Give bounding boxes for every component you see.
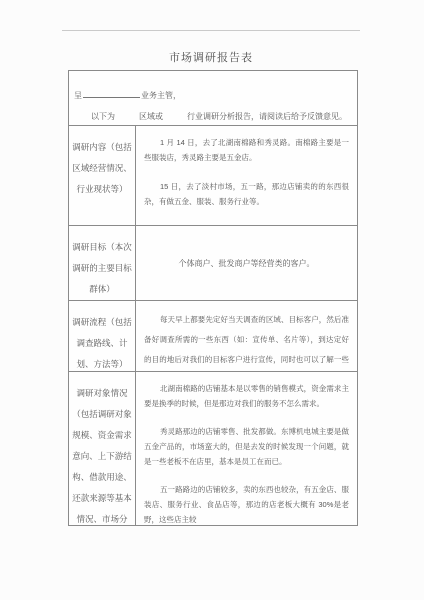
table-row-research-process: 调研流程（包括调查路线、计划、方法等） 每天早上都要先定好当天调查的区域、目标客… [69,301,357,372]
paragraph: 1 月 14 日，去了北湖南棉路和秀灵路。南棉路主要是一些服装店，秀灵路主要是五… [144,135,349,165]
header-rule-divider [62,30,360,31]
body-cell-subject-situation: 北湖南棉路的店铺基本是以零售的销售模式，资金需求主要是换季的时候，但是那边对我们… [136,372,357,525]
body-cell-research-target: 个体商户、批发商户等经营类的客户。 [136,226,357,300]
table-row-header: 呈业务主管， 以下为 区域或 行业调研分析报告，请阅读后给予反馈意见。 [69,71,357,126]
report-table: 呈业务主管， 以下为 区域或 行业调研分析报告，请阅读后给予反馈意见。 调研内容… [68,70,358,526]
paragraph: 个体商户、批发商户等经营类的客户。 [179,256,315,271]
addressee-suffix: 业务主管， [141,91,181,100]
label-cell-research-content: 调研内容（包括区域经营情况、行业现状等） [69,126,136,225]
table-row-research-target: 调研目标（本次调研的主要目标群体） 个体商户、批发商户等经营类的客户。 [69,226,357,301]
paragraph: 五一路路边的店铺较多，卖的东西也较杂，有五金店、服装店、服务行业、食品店等，那边… [144,482,349,525]
addressee-line: 呈业务主管， [74,71,352,101]
addressee-prefix: 呈 [74,91,82,100]
table-row-research-content: 调研内容（包括区域经营情况、行业现状等） 1 月 14 日，去了北湖南棉路和秀灵… [69,126,357,226]
body-cell-research-content: 1 月 14 日，去了北湖南棉路和秀灵路。南棉路主要是一些服装店，秀灵路主要是五… [136,126,357,225]
table-row-subject-situation: 调研对象情况（包括调研对象规模、资金需求意向、上下游结构、借款用途、还款来源等基… [69,372,357,525]
body-cell-research-process: 每天早上都要先定好当天调查的区域、目标客户，然后准备好调查所需的一些东西（如：宣… [136,301,357,371]
blank-underline-field [83,88,140,98]
intro-line: 以下为 区域或 行业调研分析报告，请阅读后给予反馈意见。 [74,101,352,122]
label-cell-subject-situation: 调研对象情况（包括调研对象规模、资金需求意向、上下游结构、借款用途、还款来源等基… [69,372,136,525]
paragraph: 秀灵路那边的店铺零售、批发都做。东博机电城主要是做五金产品的，市场蛮大的，但是去… [144,424,349,469]
paragraph: 15 日，去了淡村市场，五一路，那边店铺卖的的东西很杂，有做五金、服装、服务行业… [144,179,349,209]
paragraph: 每天早上都要先定好当天调查的区域、目标客户，然后准备好调查所需的一些东西（如：宣… [144,310,349,371]
paragraph: 北湖南棉路的店铺基本是以零售的销售模式，资金需求主要是换季的时候，但是那边对我们… [144,381,349,411]
page-title: 市场调研报告表 [62,49,360,65]
document-page: 市场调研报告表 呈业务主管， 以下为 区域或 行业调研分析报告，请阅读后给予反馈… [0,0,424,600]
label-cell-research-target: 调研目标（本次调研的主要目标群体） [69,226,136,300]
label-cell-research-process: 调研流程（包括调查路线、计划、方法等） [69,301,136,371]
